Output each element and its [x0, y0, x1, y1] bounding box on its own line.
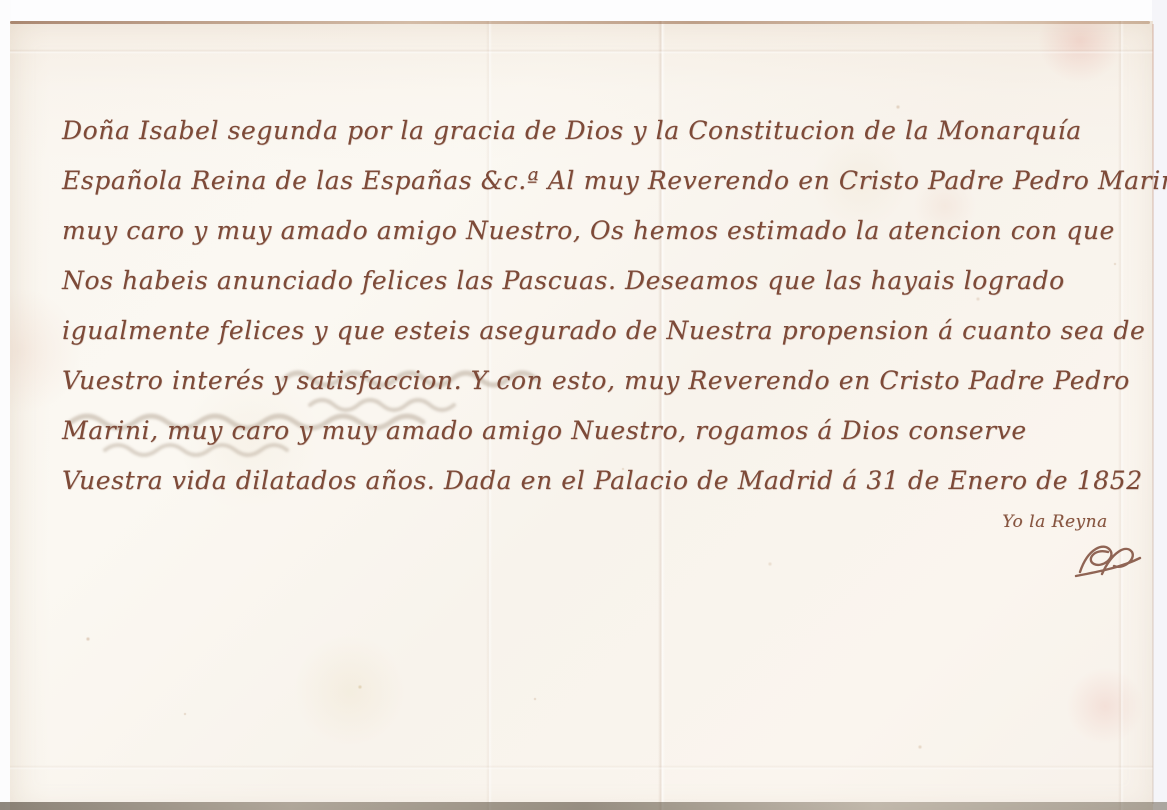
letter-line: Marini, muy caro y muy amado amigo Nuest… — [62, 406, 1138, 456]
scan-bottom-shadow — [0, 802, 1167, 810]
letter-line: Vuestra vida dilatados años. Dada en el … — [62, 456, 1138, 506]
fold-crease-horizontal-bottom — [10, 765, 1153, 770]
letter-line: Doña Isabel segunda por la gracia de Dio… — [62, 106, 1138, 156]
paper-right-edge — [1152, 24, 1154, 804]
letter-line: Nos habeis anunciado felices las Pascuas… — [62, 256, 1138, 306]
letter-line: Vuestro interés y satisfaccion. Y con es… — [62, 356, 1138, 406]
letter-line: muy caro y muy amado amigo Nuestro, Os h… — [62, 206, 1138, 256]
paper-top-edge — [10, 21, 1150, 24]
scanner-background-right — [1152, 0, 1167, 810]
scanned-letter-page: Doña Isabel segunda por la gracia de Dio… — [0, 0, 1167, 810]
fold-crease-horizontal-top — [10, 49, 1153, 54]
letter-text: Doña Isabel segunda por la gracia de Dio… — [62, 106, 1138, 506]
rubric-flourish — [1072, 538, 1144, 580]
letter-line: Española Reina de las Españas &c.ª Al mu… — [62, 156, 1138, 206]
scanner-background-top — [0, 0, 1167, 22]
letter-line: igualmente felices y que esteis asegurad… — [62, 306, 1138, 356]
royal-signature: Yo la Reyna — [985, 512, 1125, 532]
